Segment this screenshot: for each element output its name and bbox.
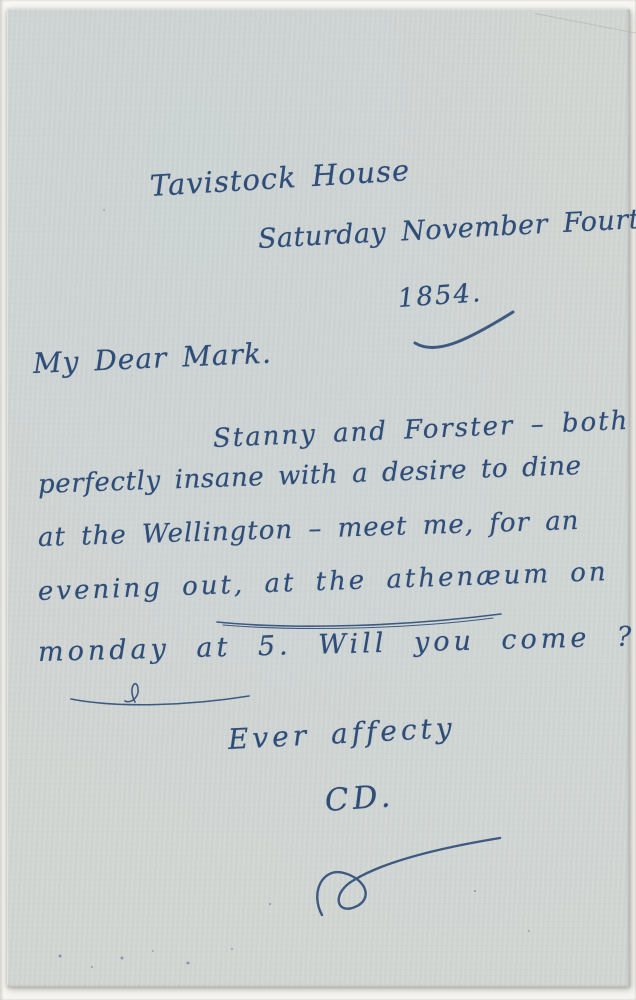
date-flourish [415, 312, 513, 348]
athenaeum-underline [217, 614, 501, 626]
paper-crease [535, 13, 636, 34]
body-line-3: at the Wellington – meet me, for an [38, 508, 580, 551]
body-line-4-underlined-text: at the athenæum on [264, 557, 609, 599]
scan-background: Tavistock House Saturday November Fourth… [0, 0, 636, 1000]
body-line-1: Stanny and Forster – both [212, 408, 629, 452]
salutation-line: My Dear Mark. [32, 340, 272, 378]
year-line: 1854. [397, 280, 483, 312]
body-line-2: perfectly insane with a desire to dine [38, 453, 582, 498]
closing-line: Ever affecty [227, 714, 456, 754]
ink-specks [7, 9, 9, 11]
body-line-4: evening out, at the athenæum on [38, 559, 610, 605]
body-line-5: monday at 5. Will you come ? [38, 623, 636, 666]
address-line: Tavistock House [149, 156, 411, 201]
signature-flourish [317, 838, 500, 915]
letter-paper: Tavistock House Saturday November Fourth… [7, 9, 630, 987]
date-line: Saturday November Fourth [257, 205, 636, 253]
monday-underline [71, 696, 249, 705]
monday-underline-loop [125, 684, 138, 702]
body-line-4-text: evening out, [37, 569, 264, 607]
body-line-5-text: . Will you come ? [279, 621, 636, 661]
body-line-5-underlined-text: monday at 5 [38, 631, 280, 668]
signature-initials: CD. [324, 781, 395, 817]
